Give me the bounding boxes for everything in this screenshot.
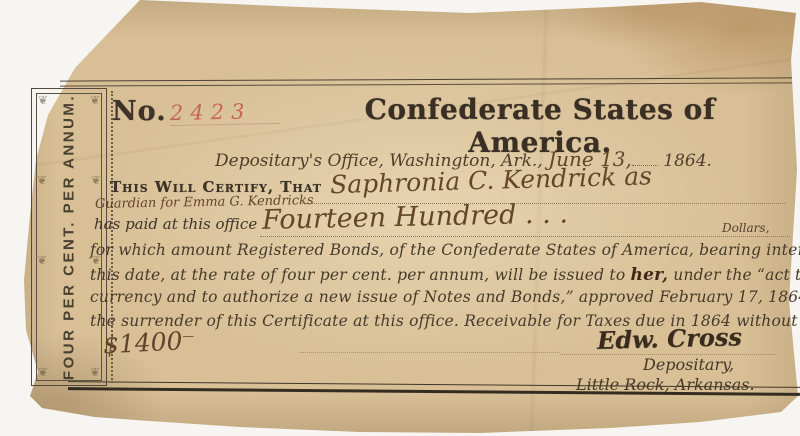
- body-line-1: for which amount Registered Bonds, of th…: [90, 241, 796, 265]
- body-line-3: currency and to authorize a new issue of…: [90, 288, 796, 312]
- paid-at-office-label: has paid at this office: [94, 215, 257, 233]
- scanned-certificate: ❦ ❦ ❦ ❦ ❦ ❦ ❦ ❦ FOUR PER CENT. PER ANNUM…: [0, 0, 800, 436]
- floral-ornament-icon: ❦: [38, 93, 48, 107]
- body-paragraph: for which amount Registered Bonds, of th…: [90, 241, 796, 335]
- serial-number-label: No.: [112, 96, 167, 127]
- body-line-2-after: under the “act to reduce the: [673, 266, 800, 284]
- floral-ornament-icon: ❦: [90, 93, 100, 107]
- floral-ornament-icon: ❦: [91, 173, 101, 187]
- four-per-cent-banner: FOUR PER CENT. PER ANNUM.: [61, 94, 78, 380]
- pronoun-correction-handwritten: her,: [631, 265, 669, 285]
- floral-ornament-icon: ❦: [38, 365, 48, 379]
- dotted-leader: [300, 352, 560, 353]
- depositary-signature-handwritten: Edw. Cross: [597, 322, 743, 355]
- depositary-title-line: Depositary,: [643, 355, 734, 374]
- serial-number-value: 2423: [170, 99, 280, 126]
- floral-ornament-icon: ❦: [37, 253, 47, 267]
- amount-superscript: —: [182, 328, 197, 343]
- depositary-location-line: Little Rock, Arkansas.: [576, 375, 755, 394]
- body-line-2-before: this date, at the rate of four per cent.…: [90, 266, 625, 284]
- amount-numeric-handwritten: $1400—: [102, 326, 197, 360]
- dotted-leader: [260, 236, 790, 237]
- floral-ornament-icon: ❦: [90, 365, 100, 379]
- dollars-label: Dollars,: [722, 221, 769, 235]
- side-ornament-band: ❦ ❦ ❦ ❦ ❦ ❦ ❦ ❦ FOUR PER CENT. PER ANNUM…: [31, 88, 107, 386]
- amount-value: $1400: [102, 326, 183, 359]
- floral-ornament-icon: ❦: [37, 173, 47, 187]
- body-line-2: this date, at the rate of four per cent.…: [90, 265, 796, 289]
